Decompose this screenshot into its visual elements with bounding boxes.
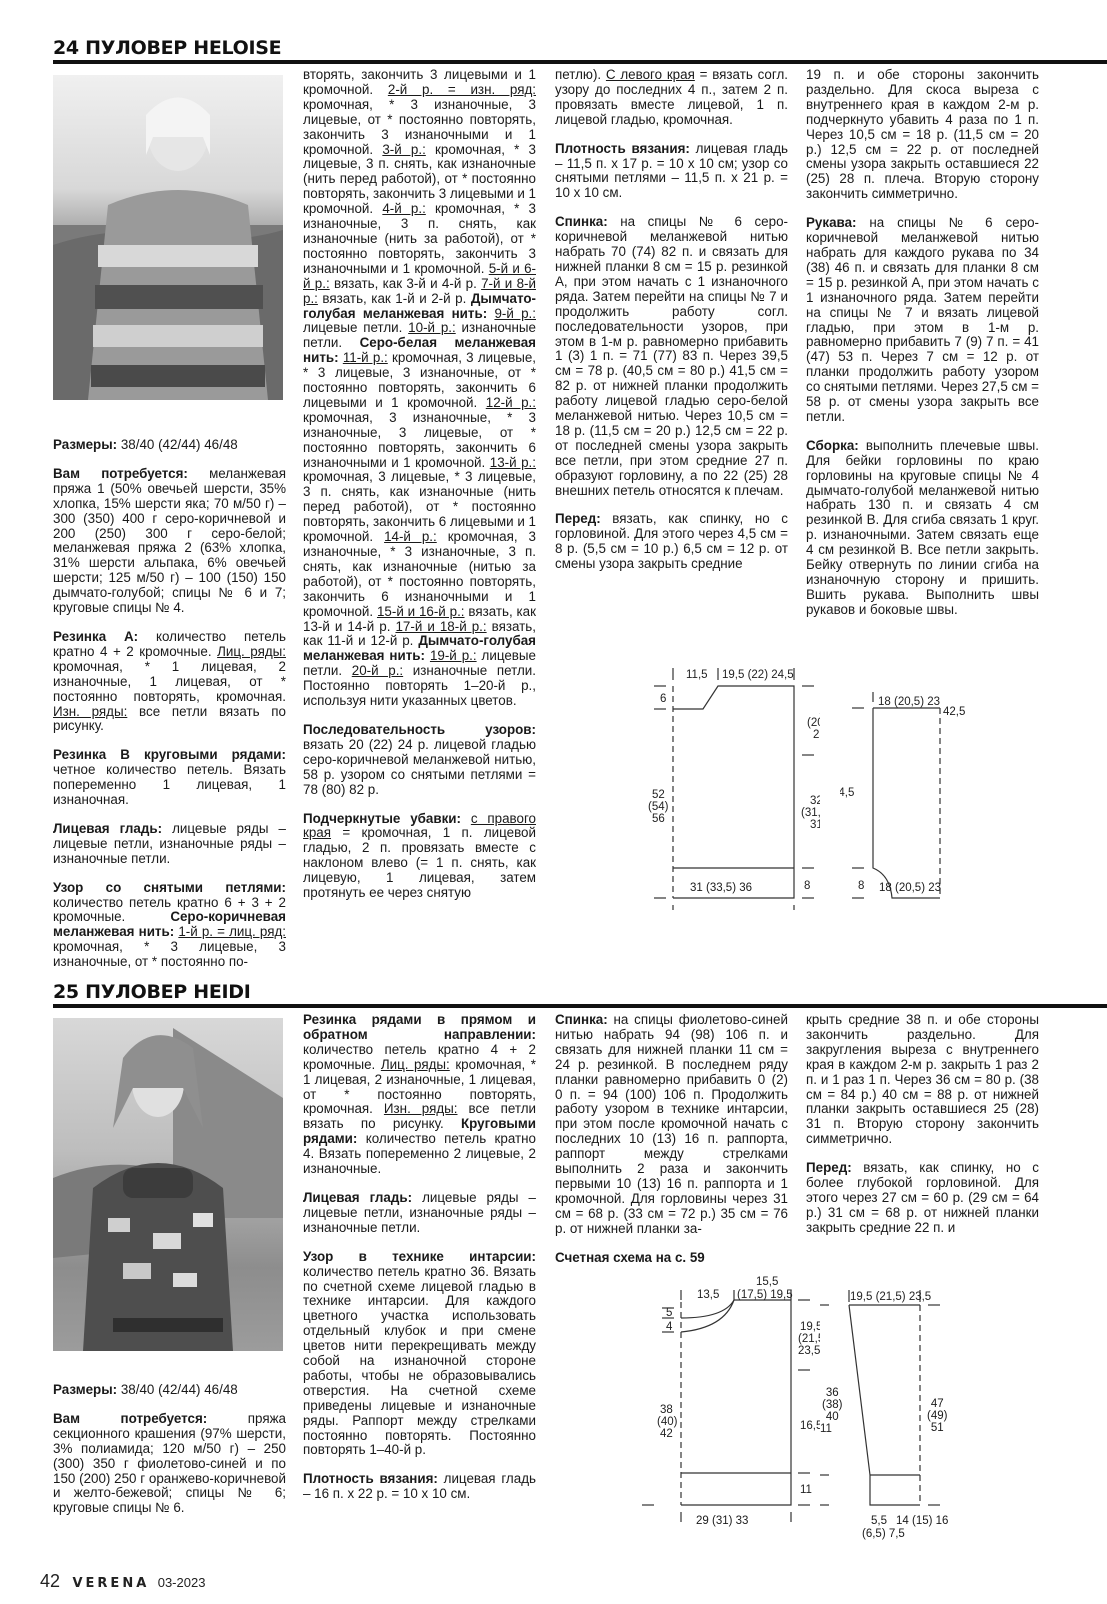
text: 19 п. и обе стороны закончить раздельно.… <box>806 67 1039 201</box>
back-continued: крыть средние 38 п. и обе стороны законч… <box>806 1013 1039 1147</box>
row-label: 14-й р.: <box>384 529 437 544</box>
rs-rows-label: Лиц. ряды: <box>217 644 286 659</box>
decreases-label: Подчеркнутые убавки: <box>303 811 461 826</box>
dim-label: 8 <box>858 880 864 892</box>
sequence-label: Последовательность узоров: <box>303 722 536 737</box>
stockinette-paragraph: Лицевая гладь: лицевые ряды – лицевые пе… <box>53 822 286 867</box>
sleeve-total-label: 47 (49) 51 <box>927 1398 947 1434</box>
front-continued: 19 п. и обе стороны закончить раздельно.… <box>806 68 1039 202</box>
row-label: 4-й р.: <box>382 201 425 216</box>
ws-rows-label: Изн. ряды: <box>384 1101 458 1116</box>
sleeve-cuff-label: 14 (15) 16 <box>896 1515 948 1527</box>
row-label: 1-й р. = лиц. ряд: <box>178 924 286 939</box>
dim-label: (38) <box>822 1399 842 1411</box>
pattern-25-title: 25 ПУЛОВЕР HEIDI <box>53 981 251 1003</box>
row-label: 19-й р.: <box>430 648 477 663</box>
dim-label: 6 <box>660 693 666 705</box>
rib-a-label: Резинка А: <box>53 629 138 644</box>
dim-label: 19,5 (22) 24,5 <box>722 669 794 681</box>
body-width-label: 31 (33,5) 36 <box>690 882 752 894</box>
text: лицевые петли. <box>303 320 408 335</box>
row-label: 12-й р.: <box>486 395 536 410</box>
sleeves-text: на спицы № 6 серо-коричневой меланжевой … <box>806 215 1039 424</box>
rib-label: Резинка рядами в прямом и обратном напра… <box>303 1012 536 1042</box>
back-label: Спинка: <box>555 214 608 229</box>
row-label: 13-й р.: <box>490 455 536 470</box>
dim-label: 56 <box>652 813 665 825</box>
pattern-25-column-2: Резинка рядами в прямом и обратном напра… <box>303 1013 536 1516</box>
materials-paragraph: Вам потребуется: меланжевая пряжа 1 (50%… <box>53 467 286 616</box>
sleeve-cuff-label: 18 (20,5) 23 <box>879 882 941 894</box>
dim-label: 52 <box>652 789 665 801</box>
sleeve-length-label: 36 (38) 40 <box>822 1387 842 1423</box>
sleeve-length-label: 42,5 <box>943 706 965 718</box>
text: вязать, как 3-й и 4-й р. <box>330 276 481 291</box>
row-label: 17-й и 18-й р.: <box>395 619 486 634</box>
sizes-value: 38/40 (42/44) 46/48 <box>117 1382 238 1397</box>
pattern-24-column-4: 19 п. и обе стороны закончить раздельно.… <box>806 68 1039 632</box>
pattern-25-body-schematic: 13,5 15,5 (17,5) 19,5 5 4 19,5 (21,5) 23… <box>620 1270 820 1545</box>
dim-label: 11 <box>800 1484 812 1496</box>
sizes-label: Размеры: <box>53 1382 117 1397</box>
dim-label: 18 <box>819 705 820 717</box>
dim-label: 47 <box>927 1398 947 1410</box>
sleeve-offset-label-2: (6,5) 7,5 <box>862 1528 905 1540</box>
dim-label: 5 <box>666 1307 672 1319</box>
dim-label: 23,5 <box>798 1345 820 1357</box>
page-footer: 42 VERENA 03-2023 <box>40 1571 205 1592</box>
gauge-paragraph: Плотность вязания: лицевая гладь – 11,5 … <box>555 142 788 202</box>
sizes-paragraph: Размеры: 38/40 (42/44) 46/48 <box>53 438 286 453</box>
model-photo-illustration <box>53 75 283 400</box>
assembly-label: Сборка: <box>806 438 859 453</box>
slip-stitch-paragraph: Узор со снятыми петлями: количество пете… <box>53 881 286 970</box>
dim-label: 15,5 <box>756 1276 778 1288</box>
pattern-25-photo <box>53 1018 283 1351</box>
magazine-name: VERENA <box>72 1576 149 1591</box>
back-paragraph: Спинка: на спицы № 6 серо-коричневой мел… <box>555 215 788 498</box>
decreases-text: = кромочная, 1 п. лицевой гладью, 2 п. п… <box>303 825 536 900</box>
dim-label: (54) <box>648 801 669 813</box>
dim-label: 34,5 <box>840 787 854 799</box>
chart-reference[interactable]: Счетная схема на с. 59 <box>555 1250 705 1265</box>
dim-label: 19,5 (21,5) 23,5 <box>850 1291 931 1303</box>
gauge-paragraph: Плотность вязания: лицевая гладь – 16 п.… <box>303 1472 536 1502</box>
dim-label: (31,5) <box>801 807 820 819</box>
sleeves-paragraph: Рукава: на спицы № 6 серо-коричневой мел… <box>806 216 1039 425</box>
dim-label: 51 <box>927 1422 947 1434</box>
dim-label: 16,5 <box>800 1420 820 1432</box>
back-paragraph: Спинка: на спицы фиолетово-синей нитью н… <box>555 1013 788 1237</box>
pattern-24-title: 24 ПУЛОВЕР HELOISE <box>53 37 281 59</box>
pattern-sequence-paragraph: Последовательность узоров: вязать 20 (22… <box>303 723 536 798</box>
dim-label: (21,5) <box>798 1333 820 1345</box>
materials-label: Вам потребуется: <box>53 1411 207 1426</box>
title-rule <box>53 1004 1107 1008</box>
front-paragraph: Перед: вязать, как спинку, но с горловин… <box>555 512 788 572</box>
assembly-paragraph: Сборка: выполнить плечевые швы. Для бейк… <box>806 439 1039 618</box>
text: крыть средние 38 п. и обе стороны законч… <box>806 1012 1039 1146</box>
decreases-continued: петлю). С левого края = вязать согл. узо… <box>555 68 788 128</box>
pattern-25-column-3: Спинка: на спицы фиолетово-синей нитью н… <box>555 1013 788 1251</box>
pattern-25-column-1: Размеры: 38/40 (42/44) 46/48 Вам потребу… <box>53 1383 286 1530</box>
gauge-label: Плотность вязания: <box>303 1471 438 1486</box>
dim-label: 4 <box>666 1321 673 1333</box>
pattern-24-photo <box>53 75 283 400</box>
intarsia-label: Узор в технике интарсии: <box>303 1249 536 1264</box>
slip-stitch-continued: вторять, закончить 3 лицевыми и 1 кромоч… <box>303 68 536 709</box>
stockinette-paragraph: Лицевая гладь: лицевые ряды – лицевые пе… <box>303 1191 536 1236</box>
sizes-label: Размеры: <box>53 437 117 452</box>
dim-label: 40 <box>822 1411 842 1423</box>
left-edge-label: С левого края <box>606 67 695 82</box>
stockinette-label: Лицевая гладь: <box>53 821 162 836</box>
row-label: 11-й р.: <box>343 350 388 365</box>
text: вязать, как 1-й и 2-й р. <box>318 291 471 306</box>
row-label: 10-й р.: <box>408 320 456 335</box>
issue-number: 03-2023 <box>158 1575 206 1590</box>
pattern-24-column-2: вторять, закончить 3 лицевыми и 1 кромоч… <box>303 68 536 915</box>
pattern-24-column-3: петлю). С левого края = вязать согл. узо… <box>555 68 788 586</box>
ws-rows-label: Изн. ряды: <box>53 704 127 719</box>
rib-paragraph: Резинка рядами в прямом и обратном напра… <box>303 1013 536 1177</box>
body-width-label: 29 (31) 33 <box>696 1515 748 1527</box>
sequence-text: вязать 20 (22) 24 р. лицевой гладью серо… <box>303 737 536 797</box>
materials-label: Вам потребуется: <box>53 466 188 481</box>
pattern-25-column-4: крыть средние 38 п. и обе стороны законч… <box>806 1013 1039 1250</box>
dim-label: 31 <box>810 819 820 831</box>
rs-rows-label: Лиц. ряды: <box>381 1057 450 1072</box>
row-label: 3-й р.: <box>382 142 425 157</box>
row-label: 9-й р.: <box>494 306 536 321</box>
pattern-24-column-1: Размеры: 38/40 (42/44) 46/48 Вам потребу… <box>53 438 286 984</box>
title-rule <box>53 60 1107 64</box>
front-paragraph: Перед: вязать, как спинку, но с более гл… <box>806 1161 1039 1236</box>
back-text: на спицы фиолетово-синей нитью набрать 9… <box>555 1012 788 1236</box>
rib-b-text: четное количество петель. Вязать поперем… <box>53 762 286 807</box>
materials-paragraph: Вам потребуется: пряжа секционного краше… <box>53 1412 286 1516</box>
model-photo-illustration <box>53 1018 283 1351</box>
dim-label: (49) <box>927 1410 947 1422</box>
dim-label: 11 <box>820 1423 832 1435</box>
gauge-label: Плотность вязания: <box>555 141 690 156</box>
materials-text: пряжа секционного крашения (97% шерсти, … <box>53 1411 286 1515</box>
dim-label: (17,5) 19,5 <box>737 1289 793 1301</box>
dim-label: 13,5 <box>697 1289 719 1301</box>
decreases-paragraph: Подчеркнутые убавки: с правого края = кр… <box>303 812 536 901</box>
row-label: 2-й р. = изн. ряд: <box>388 82 536 97</box>
dim-label: 11,5 <box>686 669 708 681</box>
front-label: Перед: <box>555 511 601 526</box>
intarsia-text: количество петель кратно 36. Вязать по с… <box>303 1264 536 1458</box>
row-label: 20-й р.: <box>352 663 403 678</box>
dim-label: 19,5 <box>800 1321 820 1333</box>
dim-label: 8 <box>804 880 810 892</box>
sizes-paragraph: Размеры: 38/40 (42/44) 46/48 <box>53 1383 286 1398</box>
page-number: 42 <box>40 1571 60 1591</box>
intarsia-paragraph: Узор в технике интарсии: количество пете… <box>303 1250 536 1459</box>
dim-label: 18 (20,5) 23 <box>878 696 940 708</box>
dim-label: 42 <box>660 1428 673 1440</box>
slip-stitch-label: Узор со снятыми петлями: <box>53 880 286 895</box>
text: петлю). <box>555 67 606 82</box>
stockinette-label: Лицевая гладь: <box>303 1190 412 1205</box>
pattern-24-body-schematic: 11,5 19,5 (22) 24,5 6 18 (20,5) 23 52 (5… <box>620 640 820 915</box>
dim-label: 32 <box>810 795 820 807</box>
row-label: 15-й и 16-й р.: <box>377 604 465 619</box>
assembly-text: выполнить плечевые швы. Для бейки горлов… <box>806 438 1039 617</box>
slip-stitch-text: кромочная, * 3 лицевые, 3 изнаночные, от… <box>53 939 286 969</box>
materials-text: меланжевая пряжа 1 (50% овечьей шерсти, … <box>53 466 286 615</box>
sizes-value: 38/40 (42/44) 46/48 <box>117 437 238 452</box>
rib-a-paragraph: Резинка А: количество петель кратно 4 + … <box>53 630 286 734</box>
rib-b-label: Резинка В круговыми рядами: <box>53 747 286 762</box>
sleeves-label: Рукава: <box>806 215 857 230</box>
pattern-24-sleeve-schematic: 18 (20,5) 23 34,5 8 <box>840 680 960 905</box>
front-label: Перед: <box>806 1160 852 1175</box>
dim-label: 23 <box>813 729 820 741</box>
dim-label: (40) <box>657 1416 678 1428</box>
back-text: на спицы № 6 серо-коричневой меланжевой … <box>555 214 788 497</box>
rib-a-text: кромочная, * 1 лицевая, 2 изнаночные, 1 … <box>53 659 286 704</box>
sleeve-offset-label: 5,5 <box>871 1515 887 1527</box>
dim-label: 38 <box>660 1404 673 1416</box>
rib-b-paragraph: Резинка В круговыми рядами: четное колич… <box>53 748 286 808</box>
back-label: Спинка: <box>555 1012 608 1027</box>
dim-label: 36 <box>822 1387 842 1399</box>
dim-label: (20,5) <box>807 717 820 729</box>
